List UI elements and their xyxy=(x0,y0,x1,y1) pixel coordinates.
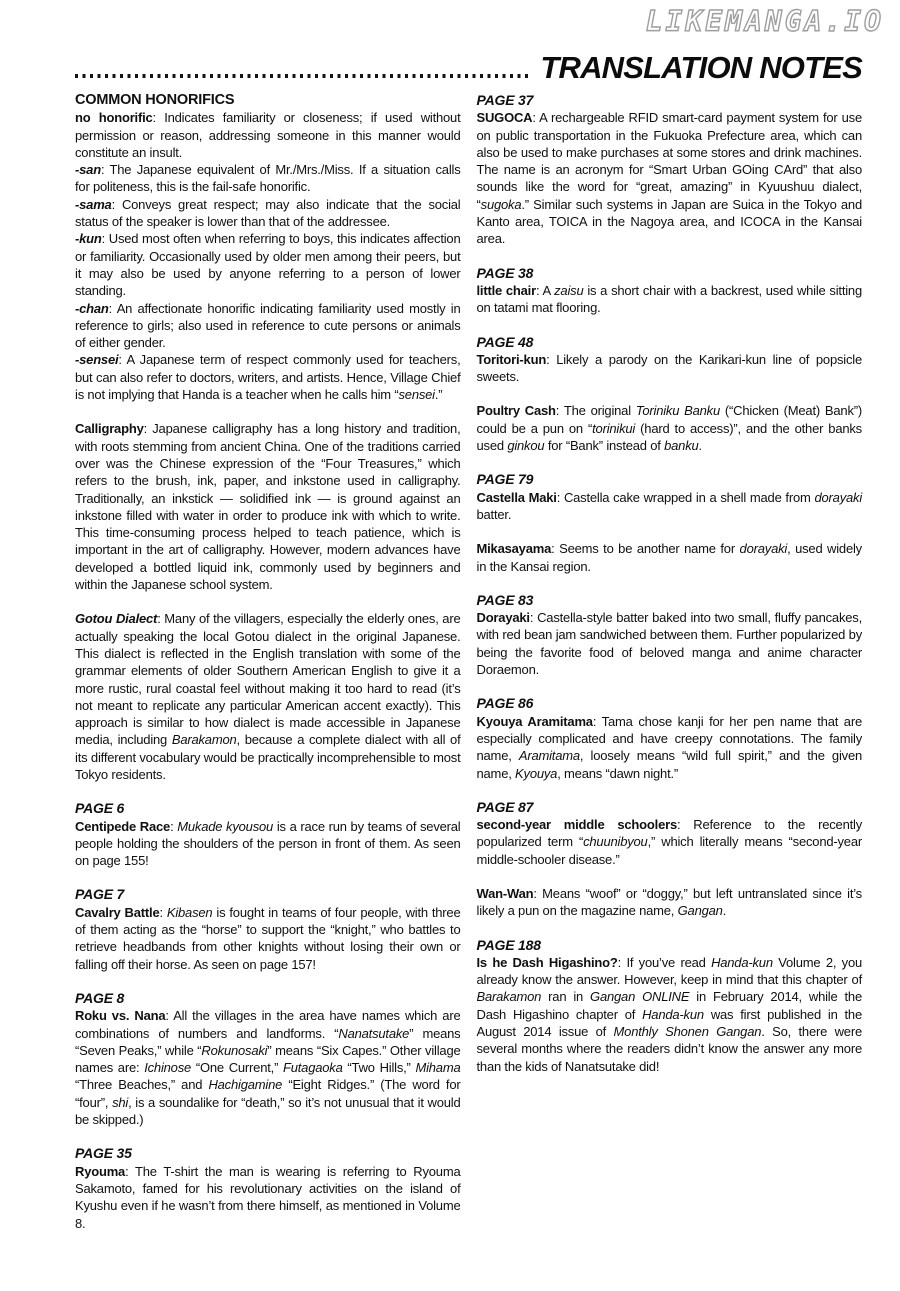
note-sama: -sama: Conveys great respect; may also i… xyxy=(75,196,461,231)
note-sensei: -sensei: A Japanese term of respect comm… xyxy=(75,351,461,403)
page-label: PAGE 86 xyxy=(477,695,863,712)
section-page-79: PAGE 79 Castella Maki: Castella cake wra… xyxy=(477,471,863,574)
note-chan: -chan: An affectionate honorific indicat… xyxy=(75,300,461,352)
section-page-86: PAGE 86 Kyouya Aramitama: Tama chose kan… xyxy=(477,695,863,781)
section-calligraphy: Calligraphy: Japanese calligraphy has a … xyxy=(75,420,461,593)
section-page-83: PAGE 83 Dorayaki: Castella-style batter … xyxy=(477,592,863,678)
note-san: -san: The Japanese equivalent of Mr./Mrs… xyxy=(75,161,461,196)
note-calligraphy: Calligraphy: Japanese calligraphy has a … xyxy=(75,420,461,593)
page-label: PAGE 48 xyxy=(477,334,863,351)
section-page-7: PAGE 7 Cavalry Battle: Kibasen is fought… xyxy=(75,886,461,972)
note-dash-higashino: Is he Dash Higashino?: If you’ve read Ha… xyxy=(477,954,863,1075)
section-page-6: PAGE 6 Centipede Race: Mukade kyousou is… xyxy=(75,800,461,869)
note-toritori-kun: Toritori-kun: Likely a parody on the Kar… xyxy=(477,351,863,386)
section-heading: COMMON HONORIFICS xyxy=(75,92,461,109)
note-dorayaki: Dorayaki: Castella-style batter baked in… xyxy=(477,609,863,678)
note-little-chair: little chair: A zaisu is a short chair w… xyxy=(477,282,863,317)
note-mikasayama: Mikasayama: Seems to be another name for… xyxy=(477,540,863,575)
page-label: PAGE 79 xyxy=(477,471,863,488)
note-kyouya-aramitama: Kyouya Aramitama: Tama chose kanji for h… xyxy=(477,713,863,782)
right-column: PAGE 37 SUGOCA: A rechargeable RFID smar… xyxy=(477,92,863,1249)
translation-notes-page: LIKEMANGA.IO TRANSLATION NOTES COMMON HO… xyxy=(0,0,900,1291)
left-column: COMMON HONORIFICS no honorific: Indicate… xyxy=(75,92,461,1249)
note-castella-maki: Castella Maki: Castella cake wrapped in … xyxy=(477,489,863,524)
note-cavalry-battle: Cavalry Battle: Kibasen is fought in tea… xyxy=(75,904,461,973)
site-watermark: LIKEMANGA.IO xyxy=(646,5,884,38)
page-label: PAGE 8 xyxy=(75,990,461,1007)
notes-columns: COMMON HONORIFICS no honorific: Indicate… xyxy=(75,92,862,1249)
page-label: PAGE 87 xyxy=(477,799,863,816)
note-poultry-cash: Poultry Cash: The original Toriniku Bank… xyxy=(477,402,863,454)
page-label: PAGE 38 xyxy=(477,265,863,282)
page-label: PAGE 188 xyxy=(477,937,863,954)
note-wan-wan: Wan-Wan: Means “woof” or “doggy,” but le… xyxy=(477,885,863,920)
note-second-year-middle-schoolers: second-year middle schoolers: Reference … xyxy=(477,816,863,868)
page-label: PAGE 83 xyxy=(477,592,863,609)
section-gotou-dialect: Gotou Dialect: Many of the villagers, es… xyxy=(75,610,461,783)
page-label: PAGE 37 xyxy=(477,92,863,109)
section-page-8: PAGE 8 Roku vs. Nana: All the villages i… xyxy=(75,990,461,1128)
section-common-honorifics: COMMON HONORIFICS no honorific: Indicate… xyxy=(75,92,461,403)
section-page-188: PAGE 188 Is he Dash Higashino?: If you’v… xyxy=(477,937,863,1075)
page-label: PAGE 6 xyxy=(75,800,461,817)
note-roku-vs-nana: Roku vs. Nana: All the villages in the a… xyxy=(75,1007,461,1128)
note-kun: -kun: Used most often when referring to … xyxy=(75,230,461,299)
page-label: PAGE 7 xyxy=(75,886,461,903)
note-gotou-dialect: Gotou Dialect: Many of the villagers, es… xyxy=(75,610,461,783)
section-page-87: PAGE 87 second-year middle schoolers: Re… xyxy=(477,799,863,920)
page-title: TRANSLATION NOTES xyxy=(540,50,862,86)
note-no-honorific: no honorific: Indicates familiarity or c… xyxy=(75,109,461,161)
section-page-48: PAGE 48 Toritori-kun: Likely a parody on… xyxy=(477,334,863,455)
note-centipede-race: Centipede Race: Mukade kyousou is a race… xyxy=(75,818,461,870)
section-page-35: PAGE 35 Ryouma: The T-shirt the man is w… xyxy=(75,1145,461,1231)
section-page-37: PAGE 37 SUGOCA: A rechargeable RFID smar… xyxy=(477,92,863,248)
note-ryouma: Ryouma: The T-shirt the man is wearing i… xyxy=(75,1163,461,1232)
dotted-leader xyxy=(75,74,532,78)
section-page-38: PAGE 38 little chair: A zaisu is a short… xyxy=(477,265,863,317)
note-sugoca: SUGOCA: A rechargeable RFID smart-card p… xyxy=(477,109,863,247)
page-label: PAGE 35 xyxy=(75,1145,461,1162)
